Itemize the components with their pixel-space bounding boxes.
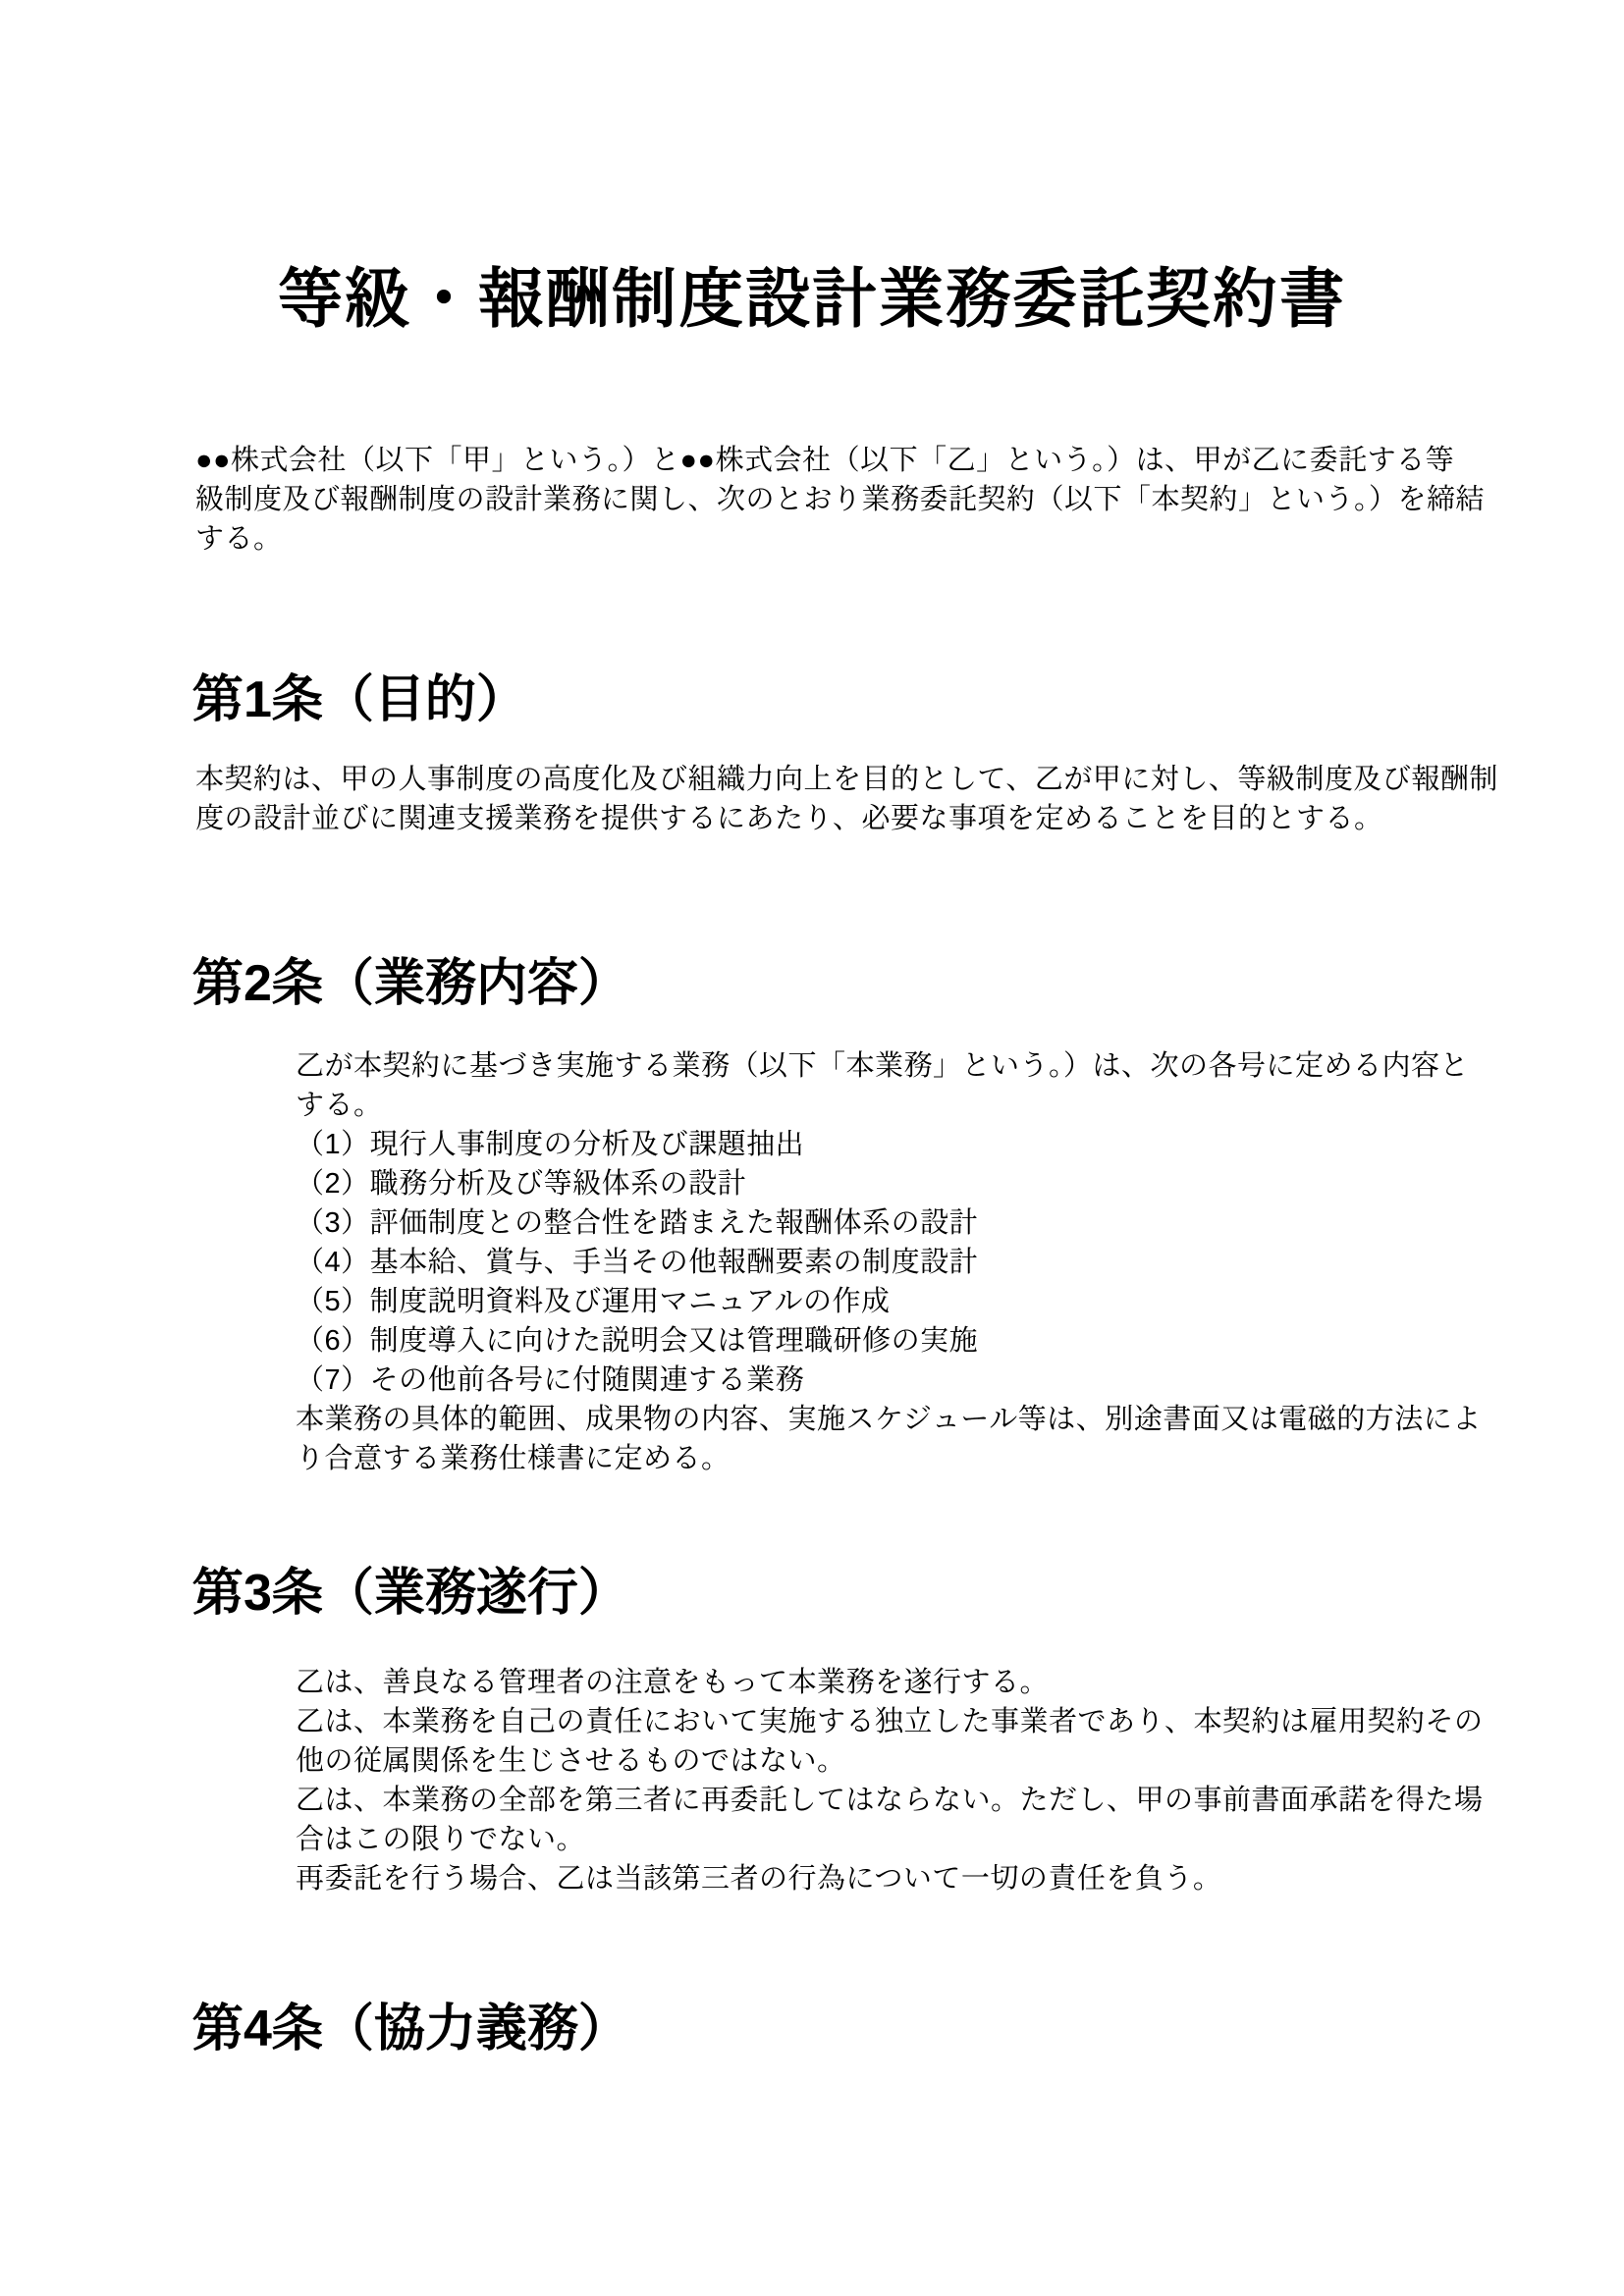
article-2-lead-line: する。	[296, 1086, 1482, 1125]
intro-line: する。	[195, 519, 1485, 559]
list-item: （4）基本給、賞与、手当その他報酬要素の制度設計	[296, 1243, 1482, 1282]
contract-page: 等級・報酬制度設計業務委託契約書 ●●株式会社（以下「甲」という。）と●●株式会…	[0, 0, 1624, 2296]
article-3-line: 合はこの限りでない。	[296, 1820, 1484, 1859]
article-2-lead-line: 乙が本契約に基づき実施する業務（以下「本業務」という。）は、次の各号に定める内容…	[296, 1046, 1482, 1086]
article-2-note-line: 本業務の具体的範囲、成果物の内容、実施スケジュール等は、別途書面又は電磁的方法に…	[296, 1400, 1482, 1439]
article-3-body: 乙は、善良なる管理者の注意をもって本業務を遂行する。 乙は、本業務を自己の責任に…	[296, 1663, 1484, 1898]
article-1-heading: 第1条（目的）	[192, 669, 527, 730]
article-2-note-line: り合意する業務仕様書に定める。	[296, 1439, 1482, 1478]
intro-line: 級制度及び報酬制度の設計業務に関し、次のとおり業務委託契約（以下「本契約」という…	[195, 480, 1485, 519]
list-item: （5）制度説明資料及び運用マニュアルの作成	[296, 1282, 1482, 1321]
article-3-line: 乙は、善良なる管理者の注意をもって本業務を遂行する。	[296, 1663, 1484, 1702]
article-1-line: 本契約は、甲の人事制度の高度化及び組織力向上を目的として、乙が甲に対し、等級制度…	[195, 760, 1498, 799]
list-item: （2）職務分析及び等級体系の設計	[296, 1164, 1482, 1203]
document-title: 等級・報酬制度設計業務委託契約書	[0, 259, 1624, 338]
article-4-heading: 第4条（協力義務）	[192, 1999, 629, 2059]
article-3-line: 他の従属関係を生じさせるものではない。	[296, 1741, 1484, 1781]
list-item: （3）評価制度との整合性を踏まえた報酬体系の設計	[296, 1203, 1482, 1243]
article-3-line: 再委託を行う場合、乙は当該第三者の行為について一切の責任を負う。	[296, 1859, 1484, 1898]
article-1-body: 本契約は、甲の人事制度の高度化及び組織力向上を目的として、乙が甲に対し、等級制度…	[195, 760, 1498, 838]
list-item: （7）その他前各号に付随関連する業務	[296, 1361, 1482, 1400]
article-3-line: 乙は、本業務の全部を第三者に再委託してはならない。ただし、甲の事前書面承諾を得た…	[296, 1781, 1484, 1820]
article-1-line: 度の設計並びに関連支援業務を提供するにあたり、必要な事項を定めることを目的とする…	[195, 799, 1498, 838]
article-2-body: 乙が本契約に基づき実施する業務（以下「本業務」という。）は、次の各号に定める内容…	[296, 1046, 1482, 1478]
article-2-heading: 第2条（業務内容）	[192, 953, 629, 1014]
article-3-line: 乙は、本業務を自己の責任において実施する独立した事業者であり、本契約は雇用契約そ…	[296, 1702, 1484, 1741]
list-item: （6）制度導入に向けた説明会又は管理職研修の実施	[296, 1321, 1482, 1361]
intro-line: ●●株式会社（以下「甲」という。）と●●株式会社（以下「乙」という。）は、甲が乙…	[195, 441, 1485, 480]
article-3-heading: 第3条（業務遂行）	[192, 1563, 629, 1624]
intro-paragraph: ●●株式会社（以下「甲」という。）と●●株式会社（以下「乙」という。）は、甲が乙…	[195, 441, 1485, 559]
list-item: （1）現行人事制度の分析及び課題抽出	[296, 1125, 1482, 1164]
